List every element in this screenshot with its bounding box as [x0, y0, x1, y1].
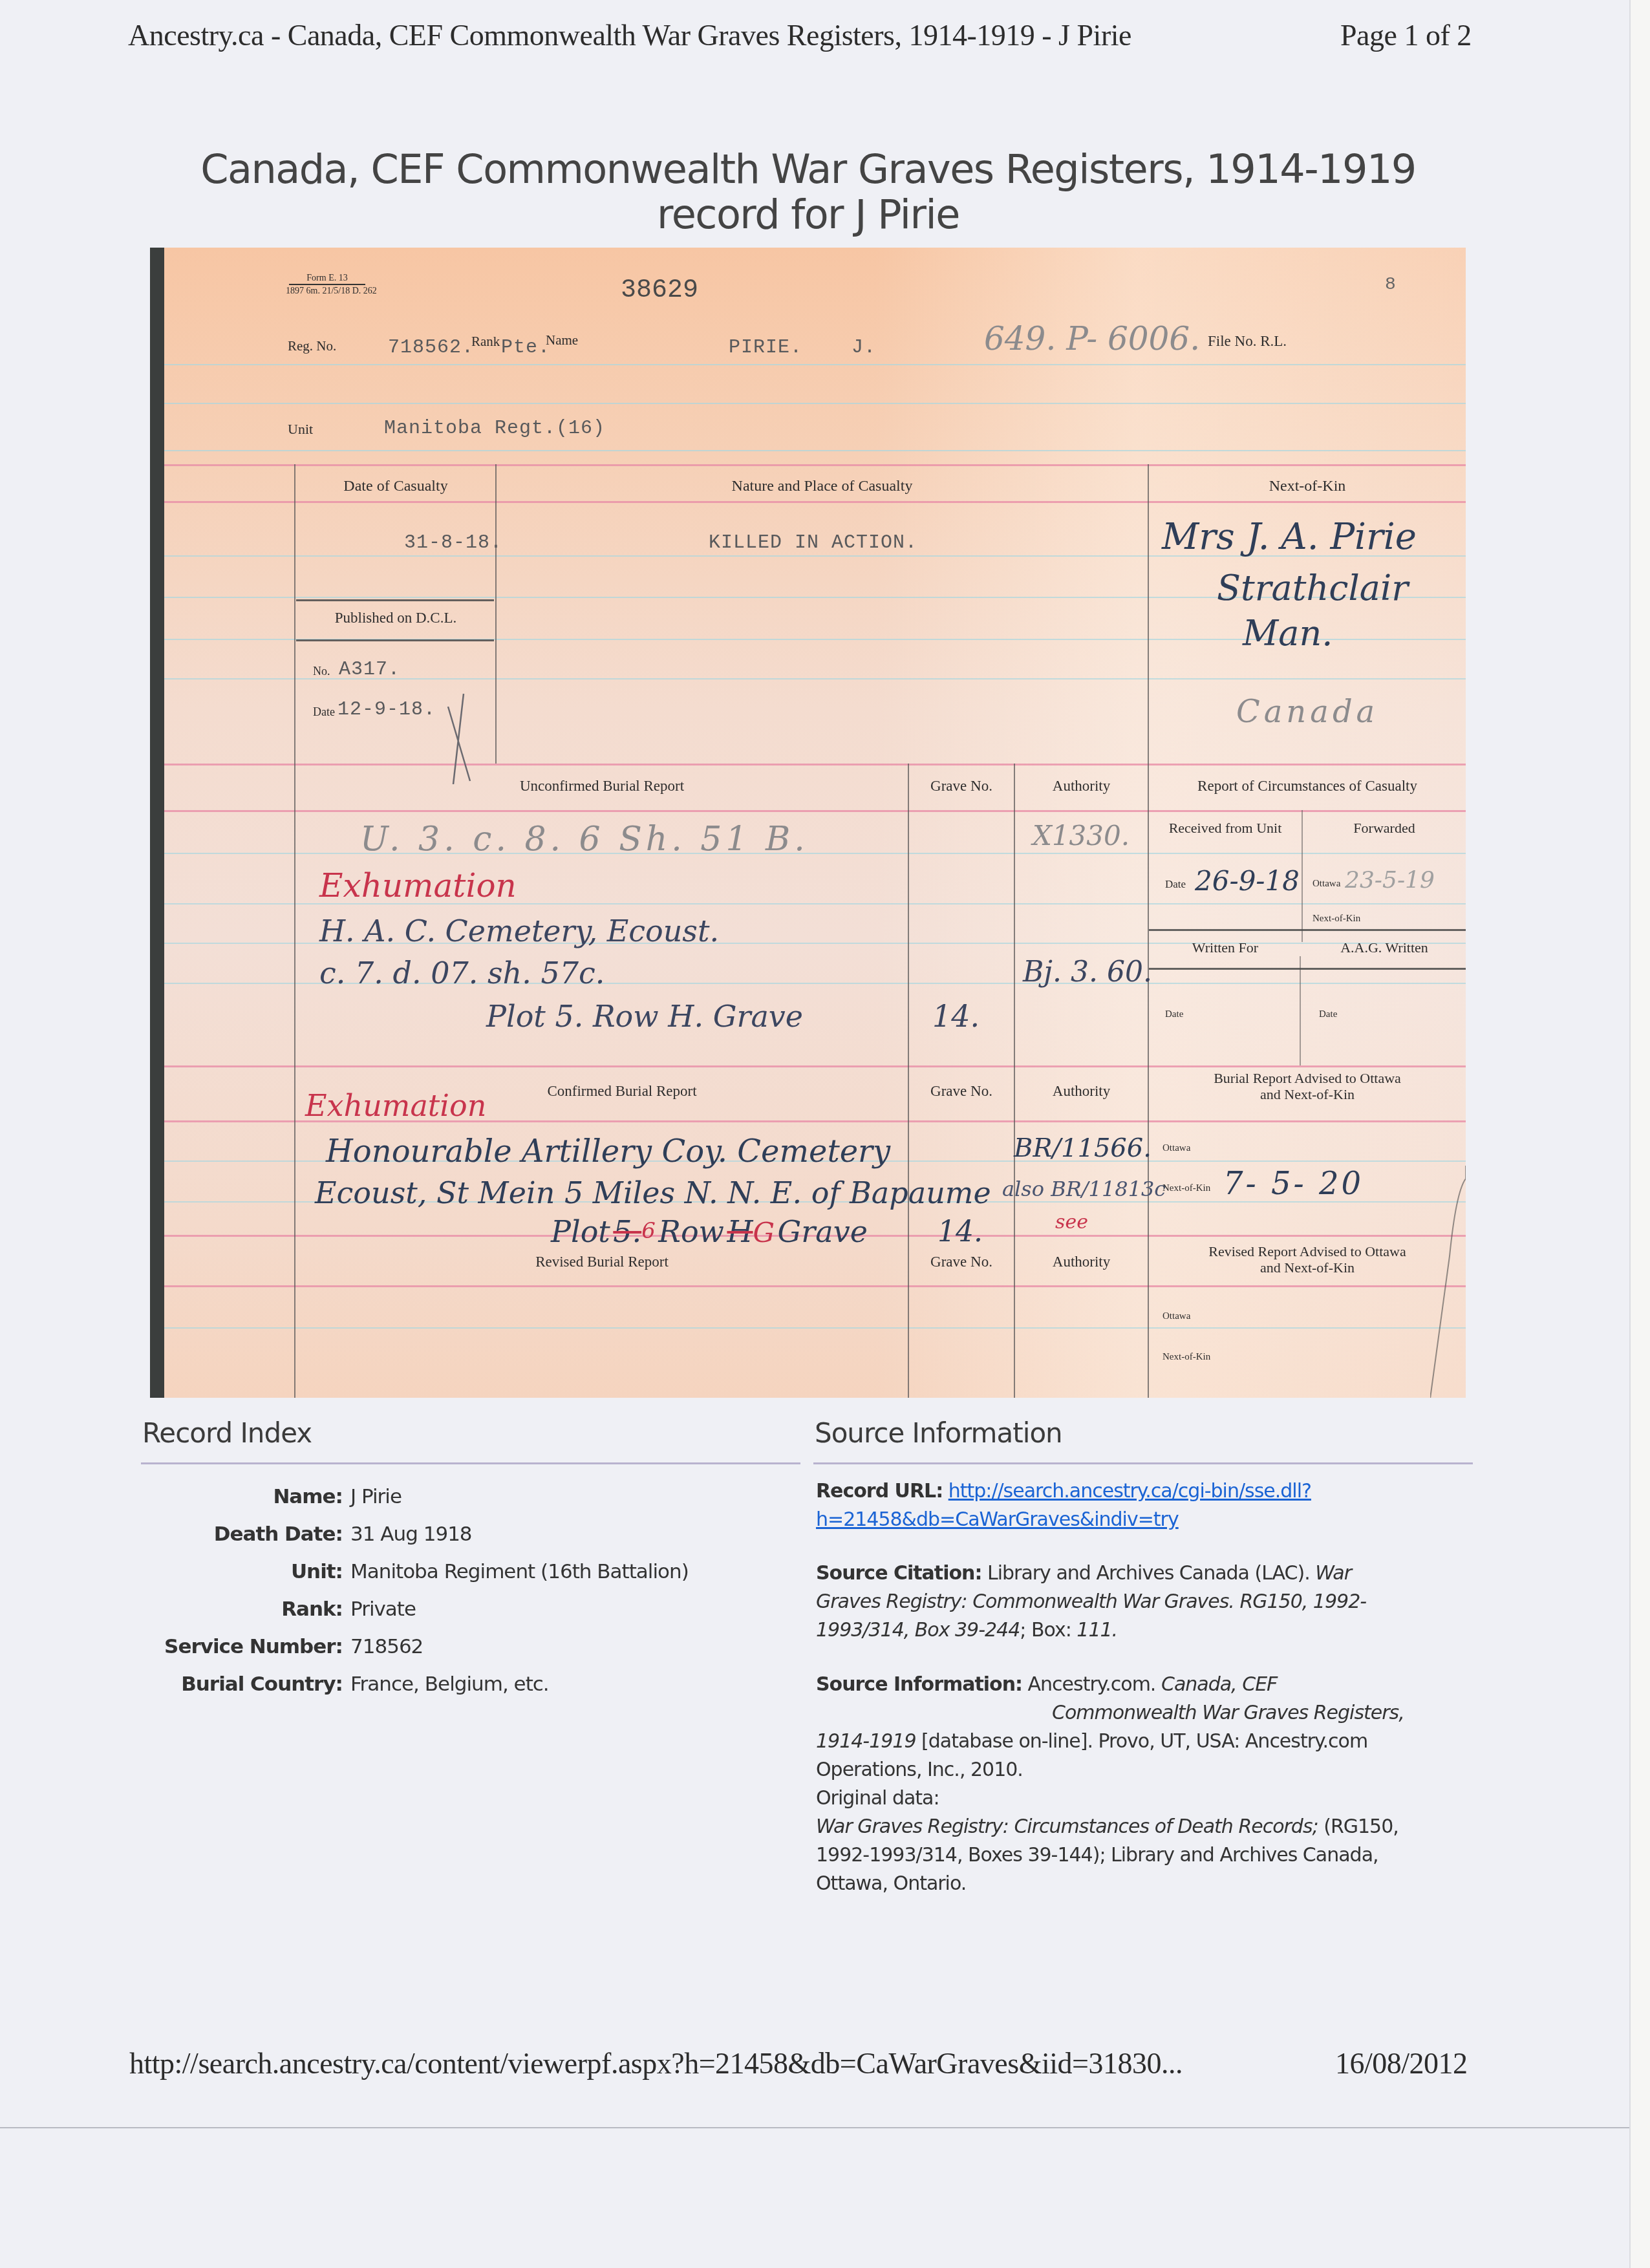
surname-value: PIRIE.	[729, 337, 802, 359]
unconfirmed-exhumation-note: Exhumation	[319, 867, 517, 904]
source-info-italic-3: 1914-1919	[816, 1730, 916, 1753]
field-value: J Pirie	[350, 1485, 402, 1508]
source-info-label: Source Information:	[816, 1673, 1022, 1696]
unconfirmed-cemetery: H. A. C. Cemetery, Ecoust.	[319, 914, 719, 948]
citation-italic-2: Graves Registry: Commonwealth War Graves…	[816, 1590, 1366, 1613]
row-label: Row	[658, 1214, 724, 1249]
plot-new-value: 6	[641, 1218, 656, 1244]
header-unconfirmed-burial: Unconfirmed Burial Report	[296, 778, 908, 795]
source-info-text-2: [database on-line]. Provo, UT, USA: Ance…	[921, 1730, 1367, 1753]
reg-no-value: 718562.	[388, 337, 474, 359]
record-index-row-rank: Rank: Private	[142, 1598, 724, 1635]
record-url-link-line1[interactable]: http://search.ancestry.ca/cgi-bin/sse.dl…	[948, 1480, 1311, 1503]
file-no-label: File No. R.L.	[1208, 333, 1287, 350]
received-date-value: 26-9-18	[1195, 865, 1300, 897]
citation-box-number: 111.	[1077, 1619, 1117, 1642]
aag-written-date-label: Date	[1319, 1009, 1337, 1020]
revised-ottawa-label: Ottawa	[1162, 1311, 1190, 1322]
header-revised-burial: Revised Burial Report	[296, 1254, 908, 1270]
header-revised-authority: Authority	[1015, 1254, 1148, 1270]
confirmed-exhumation-note: Exhumation	[305, 1088, 486, 1123]
forwarded-ottawa-label: Ottawa	[1312, 879, 1340, 890]
field-label: Service Number:	[164, 1635, 343, 1658]
record-index-title: Record Index	[142, 1417, 312, 1449]
confirmed-plot-row-grave: Plot 5.6 Row HG Grave	[551, 1214, 868, 1249]
row-new-value: G	[753, 1217, 775, 1248]
date-of-casualty-value: 31-8-18.	[404, 532, 502, 554]
corner-stamp: 8	[1385, 275, 1396, 295]
citation-italic-3: 1993/314, Box 39-244	[816, 1619, 1020, 1642]
header-written-for: Written For	[1149, 939, 1302, 956]
advised-nok-label: Next-of-Kin	[1162, 1183, 1210, 1194]
header-next-of-kin: Next-of-Kin	[1149, 478, 1466, 495]
header-report-circumstances: Report of Circumstances of Casualty	[1149, 778, 1466, 795]
field-label: Death Date:	[214, 1523, 343, 1546]
unconfirmed-authority-2: Bj. 3. 60.	[1023, 956, 1152, 989]
source-info-text-1: Ancestry.com.	[1028, 1673, 1156, 1696]
original-data-italic: War Graves Registry: Circumstances of De…	[816, 1815, 1318, 1838]
name-label: Name	[546, 332, 578, 348]
header-forwarded: Forwarded	[1303, 820, 1466, 837]
original-data-text-3: Ottawa, Ontario.	[816, 1872, 966, 1895]
dcl-no-label: No.	[313, 665, 330, 678]
citation-italic-1: War	[1315, 1562, 1351, 1585]
header-revised-grave-no: Grave No.	[909, 1254, 1014, 1270]
header-aag-written: A.A.G. Written	[1303, 939, 1466, 956]
header-nature-place: Nature and Place of Casualty	[497, 478, 1148, 495]
page-title: Canada, CEF Commonwealth War Graves Regi…	[0, 146, 1616, 193]
field-value: Manitoba Regiment (16th Battalion)	[350, 1560, 689, 1583]
field-label: Unit:	[291, 1560, 343, 1583]
card-binding-strip	[150, 248, 164, 1398]
nok-name: Mrs J. A. Pirie	[1162, 516, 1417, 558]
citation-text: Library and Archives Canada (LAC).	[987, 1562, 1310, 1585]
nok-town: Strathclair	[1217, 568, 1408, 608]
dcl-date-label: Date	[313, 705, 335, 719]
header-authority: Authority	[1015, 778, 1148, 795]
print-header-title: Ancestry.ca - Canada, CEF Commonwealth W…	[128, 18, 1131, 52]
field-label: Burial Country:	[181, 1673, 343, 1696]
reg-no-label: Reg. No.	[288, 338, 336, 354]
pencil-cross-mark-icon	[444, 694, 483, 784]
row-old-value: H	[727, 1214, 753, 1249]
dcl-date-value: 12-9-18.	[337, 699, 436, 721]
unconfirmed-grave-no: 14.	[932, 999, 980, 1034]
header-confirmed-burial: Confirmed Burial Report	[493, 1083, 751, 1100]
header-grave-no: Grave No.	[909, 778, 1014, 795]
plot-label: Plot	[551, 1214, 610, 1249]
confirmed-authority-2: also BR/11813c	[1002, 1177, 1166, 1201]
source-info-block: Source Information: Ancestry.com. Canada…	[816, 1671, 1462, 1898]
record-index-row-death-date: Death Date: 31 Aug 1918	[142, 1523, 724, 1560]
header-burial-advised: Burial Report Advised to Ottawa	[1149, 1070, 1466, 1087]
source-citation-label: Source Citation:	[816, 1562, 981, 1585]
initial-value: J.	[852, 337, 876, 359]
field-value: Private	[350, 1598, 416, 1621]
original-data-text-1: (RG150,	[1323, 1815, 1398, 1838]
record-index-divider	[141, 1462, 800, 1464]
field-label: Name:	[273, 1485, 343, 1508]
source-citation-block: Source Citation: Library and Archives Ca…	[816, 1559, 1462, 1645]
source-information-divider	[813, 1462, 1473, 1464]
record-url-block: Record URL: http://search.ancestry.ca/cg…	[816, 1477, 1462, 1534]
confirmed-authority-1: BR/11566.	[1014, 1133, 1152, 1163]
record-index-row-burial-country: Burial Country: France, Belgium, etc.	[142, 1673, 724, 1710]
record-url-label: Record URL:	[816, 1480, 943, 1503]
print-footer-date: 16/08/2012	[1335, 2046, 1468, 2081]
nok-country: Canada	[1236, 694, 1378, 730]
source-info-italic-1: Canada, CEF	[1161, 1673, 1277, 1696]
written-for-date-label: Date	[1165, 1009, 1183, 1020]
citation-box: ; Box:	[1020, 1619, 1071, 1642]
unconfirmed-map-ref: U. 3. c. 8. 6 Sh. 51 B.	[360, 820, 809, 859]
original-data-label: Original data:	[816, 1787, 939, 1810]
forwarded-ottawa-date: 23-5-19	[1345, 867, 1435, 893]
header-published-dcl: Published on D.C.L.	[296, 610, 495, 626]
header-revised-advised: Revised Report Advised to Ottawa	[1149, 1243, 1466, 1260]
page-subtitle: record for J Pirie	[0, 191, 1616, 238]
revised-nok-label: Next-of-Kin	[1162, 1352, 1210, 1363]
handwritten-reference: 649. P- 6006.	[984, 320, 1200, 358]
confirmed-grave-no: 14.	[937, 1215, 983, 1248]
record-index-row-name: Name: J Pirie	[142, 1485, 724, 1523]
header-received-from-unit: Received from Unit	[1149, 820, 1302, 837]
record-index-row-service-number: Service Number: 718562	[142, 1635, 724, 1673]
header-date-of-casualty: Date of Casualty	[296, 478, 495, 495]
unconfirmed-authority-1: X1330.	[1033, 820, 1130, 851]
dcl-no-value: A317.	[339, 659, 400, 681]
form-number: Form E. 13	[289, 273, 365, 285]
field-value: 31 Aug 1918	[350, 1523, 472, 1546]
advised-nok-date: 7- 5- 20	[1223, 1166, 1364, 1202]
source-info-italic-2: Commonwealth War Graves Registers,	[1052, 1702, 1404, 1724]
header-revised-advised-nok: and Next-of-Kin	[1149, 1259, 1466, 1276]
original-data-text-2: 1992-1993/314, Boxes 39-144); Library an…	[816, 1844, 1378, 1867]
field-label: Rank:	[281, 1598, 343, 1621]
unit-value: Manitoba Regt.(16)	[384, 418, 605, 440]
field-value: France, Belgium, etc.	[350, 1673, 549, 1696]
confirmed-authority-see-note: see	[1055, 1211, 1088, 1234]
advised-ottawa-label: Ottawa	[1162, 1143, 1190, 1154]
unit-label: Unit	[288, 421, 313, 438]
received-date-label: Date	[1165, 878, 1186, 891]
rank-label: Rank	[471, 334, 500, 350]
unconfirmed-sheet-ref: c. 7. d. 07. sh. 57c.	[319, 956, 605, 990]
confirmed-cemetery-line: Honourable Artillery Coy. Cemetery	[326, 1133, 890, 1170]
forwarded-nok-label: Next-of-Kin	[1312, 914, 1360, 925]
header-burial-advised-nok: and Next-of-Kin	[1149, 1086, 1466, 1103]
plot-old-value: 5.	[613, 1214, 641, 1249]
stamp-number: 38629	[621, 276, 698, 305]
page-right-edge	[1629, 0, 1650, 2268]
page-bottom-edge	[0, 2127, 1629, 2128]
grave-label: Grave	[778, 1214, 868, 1249]
header-confirmed-authority: Authority	[1015, 1083, 1148, 1100]
field-value: 718562	[350, 1635, 423, 1658]
unconfirmed-plot-row: Plot 5. Row H. Grave	[486, 999, 803, 1034]
header-confirmed-grave-no: Grave No.	[909, 1083, 1014, 1100]
confirmed-location-line: Ecoust, St Mein 5 Miles N. N. E. of Bapa…	[315, 1175, 991, 1210]
record-index-row-unit: Unit: Manitoba Regiment (16th Battalion)	[142, 1560, 724, 1598]
form-print-info: 1897 6m. 21/5/18 D. 262	[286, 286, 377, 297]
record-url-link-line2[interactable]: h=21458&db=CaWarGraves&indiv=try	[816, 1508, 1179, 1531]
rank-value: Pte.	[501, 337, 550, 359]
nature-of-casualty-value: KILLED IN ACTION.	[709, 532, 917, 554]
folded-corner-crease-icon	[1430, 1166, 1466, 1398]
nok-province: Man.	[1243, 613, 1333, 654]
register-card-image: Form E. 13 1897 6m. 21/5/18 D. 262 38629…	[150, 248, 1466, 1398]
print-header-page: Page 1 of 2	[1340, 18, 1472, 52]
source-information-title: Source Information	[815, 1417, 1062, 1449]
print-footer-url: http://search.ancestry.ca/content/viewer…	[129, 2046, 1183, 2081]
source-info-text-3: Operations, Inc., 2010.	[816, 1759, 1023, 1781]
